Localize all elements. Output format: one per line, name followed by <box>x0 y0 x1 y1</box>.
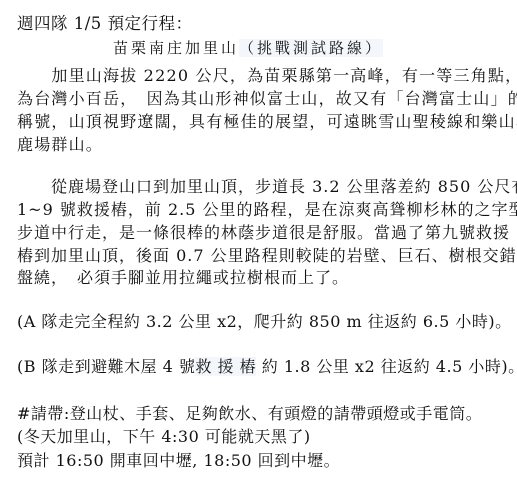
route-tag: （挑戰測試路線） <box>239 39 383 57</box>
daylight-note: (冬天加里山，下午 4:30 可能就天黑了) <box>17 427 311 447</box>
team-b-text: (B 隊走到避難木屋 4 號 <box>17 357 195 376</box>
paragraph-line: 步道中行走，是一條很棒的林蔭步道很是舒服。當過了第九號救援 <box>17 223 510 243</box>
team-b-highlight: 救 援 樁 <box>195 357 256 376</box>
paragraph-line: 加里山海拔 2220 公尺，為苗栗縣第一高峰，有一等三角點， <box>17 66 517 86</box>
paragraph-line: 稱號，山頂視野遼闊，具有極佳的展望，可遠眺雪山聖稜線和樂山、 <box>17 112 517 132</box>
gear-note: #請帶:登山杖、手套、足夠飲水、有頭燈的請帶頭燈或手電筒。 <box>17 404 482 424</box>
team-a-plan: (A 隊走完全程約 3.2 公里 x2，爬升約 850 m 往返約 6.5 小時… <box>17 312 512 332</box>
team-b-plan: (B 隊走到避難木屋 4 號救 援 樁 約 1.8 公里 x2 往返約 4.5 … <box>17 357 517 377</box>
paragraph-line: 鹿場群山。 <box>17 135 103 155</box>
team-b-text-end: 約 1.8 公里 x2 往返約 4.5 小時)。 <box>256 357 517 376</box>
route-name: 苗栗南庄加里山 <box>113 39 239 57</box>
schedule-note: 預計 16:50 開車回中壢, 18:50 回到中壢。 <box>17 451 340 471</box>
paragraph-line: 盤繞， 必須手腳並用拉繩或拉樹根而上了。 <box>17 268 349 288</box>
document-title: 週四隊 1/5 預定行程： <box>17 14 193 34</box>
paragraph-line: 從鹿場登山口到加里山頂，步道長 3.2 公里落差約 850 公尺有 <box>17 177 517 197</box>
paragraph-line: 為台灣小百岳， 因為其山形神似富士山，故又有「台灣富士山」的 <box>17 89 517 109</box>
paragraph-line: 1~9 號救援樁，前 2.5 公里的路程，是在涼爽高聳柳杉林的之字型 <box>17 200 517 220</box>
route-subtitle: 苗栗南庄加里山（挑戰測試路線） <box>113 38 383 58</box>
paragraph-line: 樁到加里山頂，後面 0.7 公里路程則較陡的岩壁、巨石、樹根交錯 <box>17 246 517 266</box>
